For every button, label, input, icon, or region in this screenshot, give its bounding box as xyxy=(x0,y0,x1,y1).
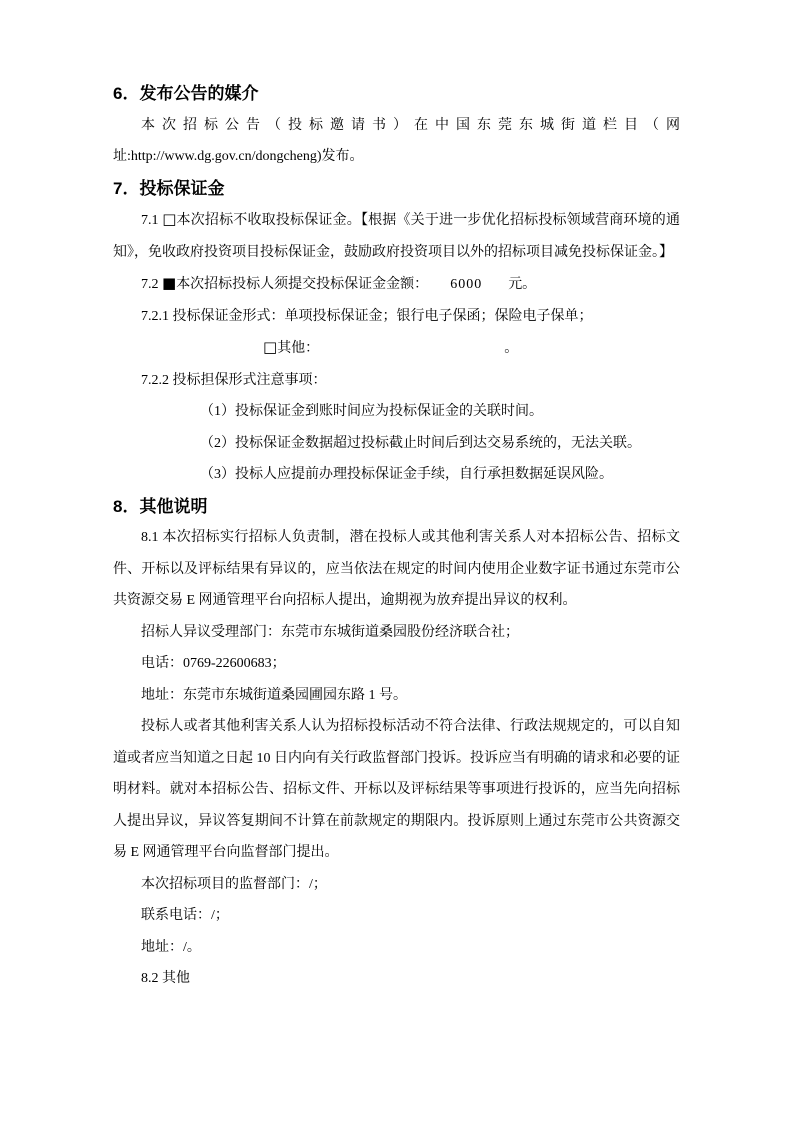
checkbox-checked-icon: ■ xyxy=(162,274,176,292)
clause-7-1-number: 7.1 xyxy=(141,213,162,228)
clause-7-2-2: 7.2.2 投标担保形式注意事项： xyxy=(113,365,680,397)
note-item-1: （1）投标保证金到账时间应为投标保证金的关联时间。 xyxy=(200,396,680,428)
bid-bond-amount: 6000 xyxy=(450,277,482,292)
supervise-dept-line: 本次招标项目的监督部门：/； xyxy=(113,869,680,901)
bid-bond-unit: 元。 xyxy=(508,277,536,292)
clause-7-2-number: 7.2 xyxy=(141,277,162,292)
clause-7-1-text: 本次招标不收取投标保证金。【根据《关于进一步优化招标投标领域营商环境的通知》，免… xyxy=(113,213,680,260)
checkbox-unchecked-icon: □ xyxy=(263,338,277,356)
section-7-heading: 7．投标保证金 xyxy=(113,173,680,205)
supervise-phone-line: 联系电话：/； xyxy=(113,900,680,932)
other-option-line: □其他：。 xyxy=(263,332,680,365)
clause-7-2-text: 本次招标投标人须提交投标保证金金额： xyxy=(176,277,428,292)
clause-7-1: 7.1 □本次招标不收取投标保证金。【根据《关于进一步优化招标投标领域营商环境的… xyxy=(113,204,680,268)
checkbox-unchecked-icon: □ xyxy=(162,210,176,228)
clause-8-2: 8.2 其他 xyxy=(113,963,680,995)
other-option-period: 。 xyxy=(504,341,518,356)
other-option-label: 其他： xyxy=(277,341,319,356)
note-item-2: （2）投标保证金数据超过投标截止时间后到达交易系统的，无法关联。 xyxy=(200,428,680,460)
objection-phone-line: 电话：0769-22600683； xyxy=(113,648,680,680)
document-page: 6．发布公告的媒介 本次招标公告（投标邀请书）在中国东莞东城街道栏目（网址:ht… xyxy=(0,0,794,1123)
clause-8-1: 8.1 本次招标实行招标人负责制，潜在投标人或其他利害关系人对本招标公告、招标文… xyxy=(113,522,680,617)
objection-dept-line: 招标人异议受理部门：东莞市东城街道桑园股份经济联合社； xyxy=(113,617,680,649)
section-6-heading: 6．发布公告的媒介 xyxy=(113,78,680,110)
supervise-address-line: 地址：/。 xyxy=(113,932,680,964)
note-item-3: （3）投标人应提前办理投标保证金手续，自行承担数据延误风险。 xyxy=(200,459,680,491)
clause-7-2: 7.2 ■本次招标投标人须提交投标保证金金额：6000元。 xyxy=(113,268,680,301)
complaint-paragraph: 投标人或者其他利害关系人认为招标投标活动不符合法律、行政法规规定的，可以自知道或… xyxy=(113,711,680,869)
clause-7-2-1: 7.2.1 投标保证金形式：单项投标保证金；银行电子保函；保险电子保单； xyxy=(113,301,680,333)
objection-address-line: 地址：东莞市东城街道桑园圃园东路 1 号。 xyxy=(113,680,680,712)
section-8-heading: 8．其他说明 xyxy=(113,491,680,523)
section-6-body: 本次招标公告（投标邀请书）在中国东莞东城街道栏目（网址:http://www.d… xyxy=(113,110,680,173)
